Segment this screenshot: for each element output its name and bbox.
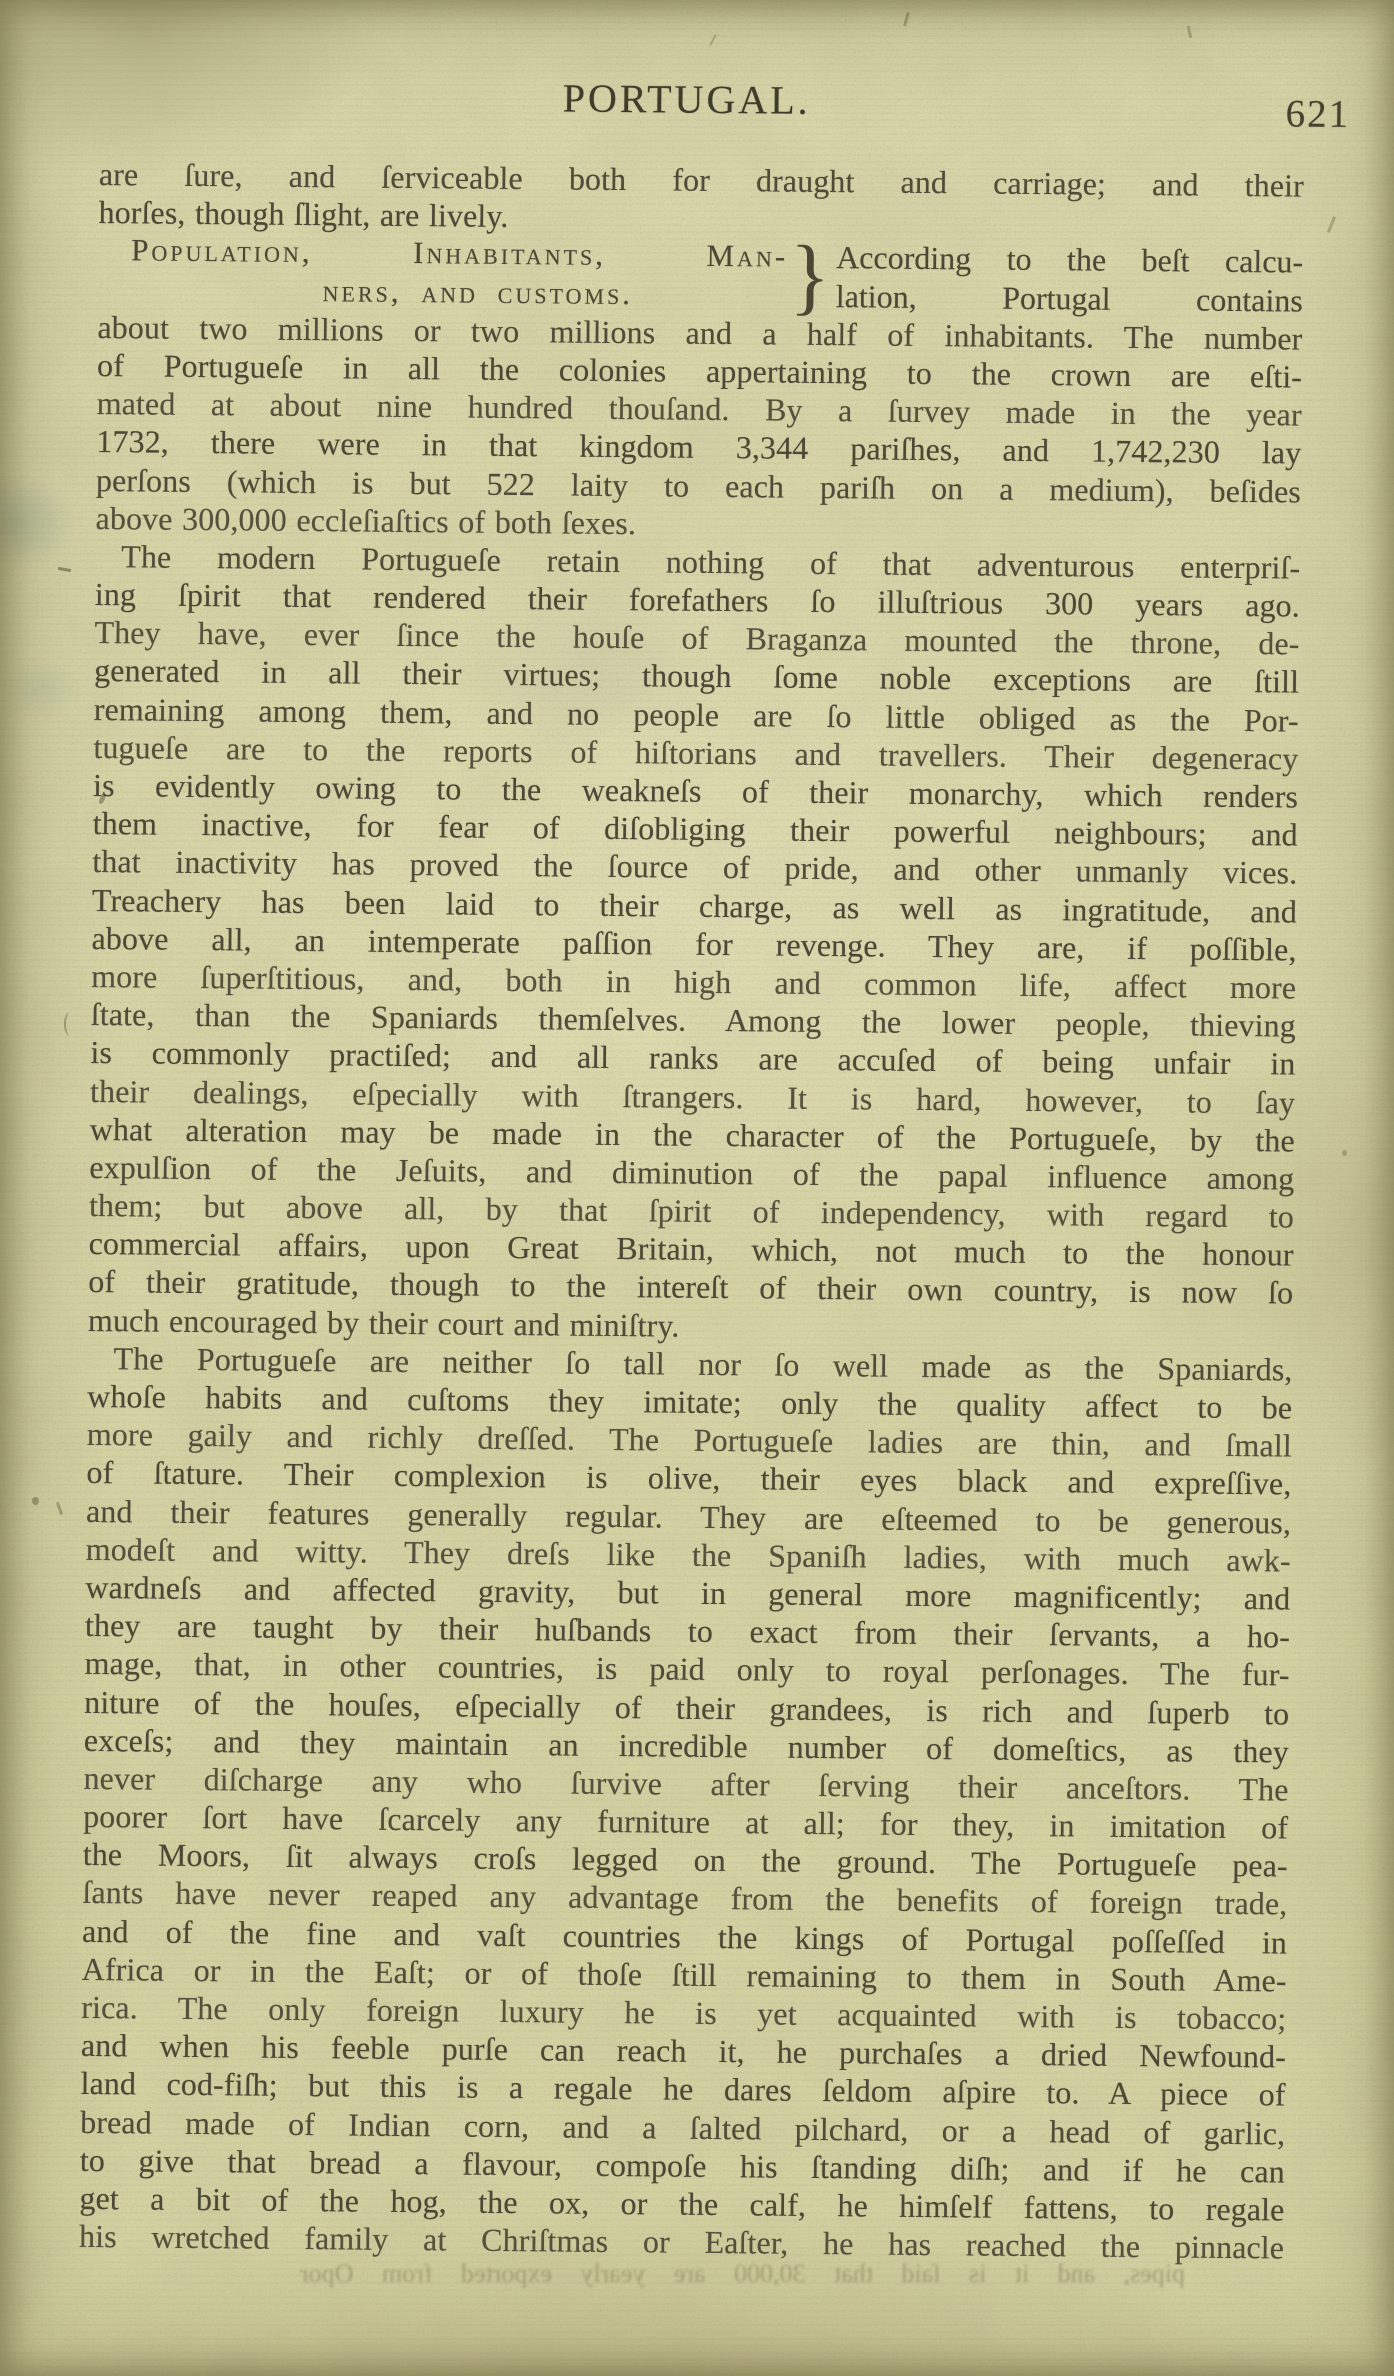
book-page-scan: PORTUGAL. 621 are ſure, and ſerviceable … bbox=[0, 0, 1394, 2376]
page-edge-vignette bbox=[0, 0, 1394, 2376]
